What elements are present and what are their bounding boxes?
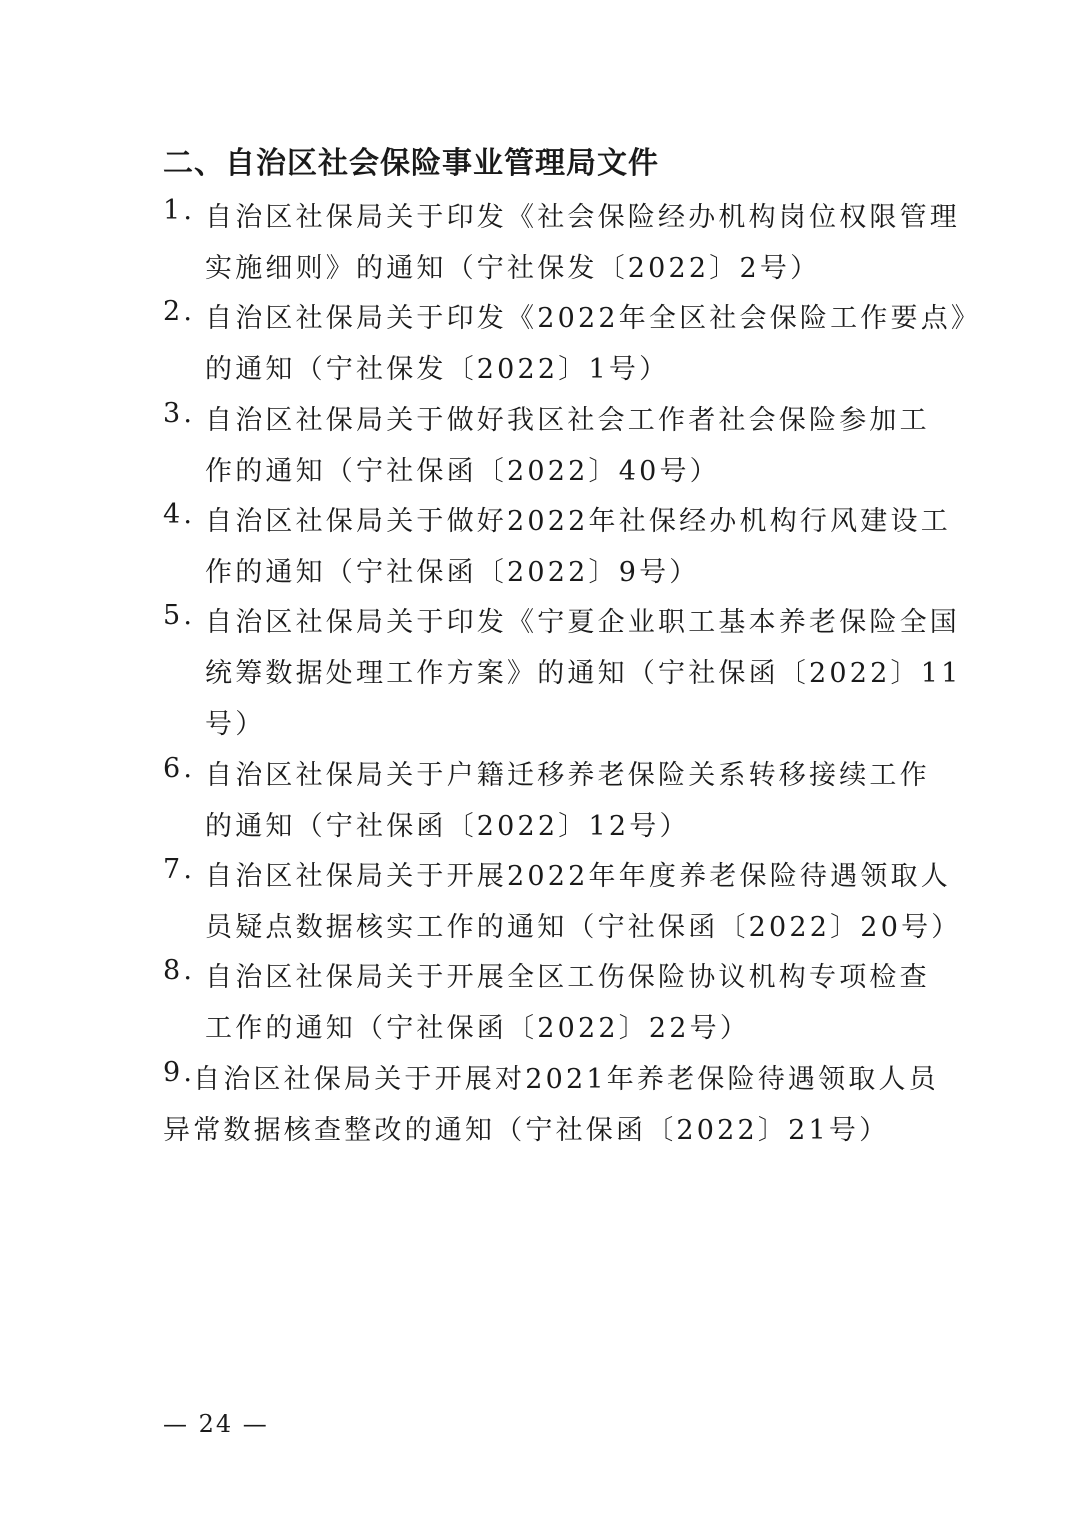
item-line: 自治区社保局关于做好2022年社保经办机构行风建设工 — [205, 499, 951, 538]
item-number: 5. — [163, 600, 195, 631]
item-line: 自治区社保局关于做好我区社会工作者社会保险参加工 — [205, 398, 930, 437]
item-line: 自治区社保局关于开展2022年年度养老保险待遇领取人 — [205, 854, 951, 893]
item-line: 的通知（宁社保函〔2022〕12号） — [205, 804, 690, 843]
item-line: 作的通知（宁社保函〔2022〕40号） — [205, 449, 720, 488]
item-line: 自治区社保局关于印发《2022年全区社会保险工作要点》 — [205, 296, 981, 335]
item-line: 员疑点数据核实工作的通知（宁社保函〔2022〕20号） — [205, 905, 961, 944]
item-number: 9. — [163, 1057, 195, 1088]
item-number: 2. — [163, 296, 195, 327]
document-page: 二、自治区社会保险事业管理局文件 1. 自治区社保局关于印发《社会保险经办机构岗… — [0, 0, 1074, 1520]
item-number: 6. — [163, 753, 195, 784]
item-line: 的通知（宁社保发〔2022〕1号） — [205, 347, 669, 386]
item-line: 实施细则》的通知（宁社保发〔2022〕2号） — [205, 246, 820, 285]
section-heading: 二、自治区社会保险事业管理局文件 — [163, 138, 659, 182]
item-line: 号） — [205, 702, 265, 741]
item-line: 工作的通知（宁社保函〔2022〕22号） — [205, 1006, 750, 1045]
item-line: 异常数据核查整改的通知（宁社保函〔2022〕21号） — [163, 1108, 889, 1147]
item-line: 自治区社保局关于开展全区工伤保险协议机构专项检查 — [205, 955, 930, 994]
item-number: 8. — [163, 955, 195, 986]
item-line: 自治区社保局关于户籍迁移养老保险关系转移接续工作 — [205, 753, 930, 792]
item-line: 作的通知（宁社保函〔2022〕9号） — [205, 550, 700, 589]
page-number: — 24 — — [163, 1410, 269, 1438]
item-line: 自治区社保局关于印发《社会保险经办机构岗位权限管理 — [205, 195, 960, 234]
item-line: 自治区社保局关于印发《宁夏企业职工基本养老保险全国 — [205, 600, 960, 639]
item-number: 3. — [163, 398, 195, 429]
item-number: 7. — [163, 854, 195, 885]
item-line: 自治区社保局关于开展对2021年养老保险待遇领取人员 — [193, 1057, 939, 1096]
item-line: 统筹数据处理工作方案》的通知（宁社保函〔2022〕11 — [205, 651, 961, 690]
item-number: 4. — [163, 499, 195, 530]
item-number: 1. — [163, 195, 195, 226]
